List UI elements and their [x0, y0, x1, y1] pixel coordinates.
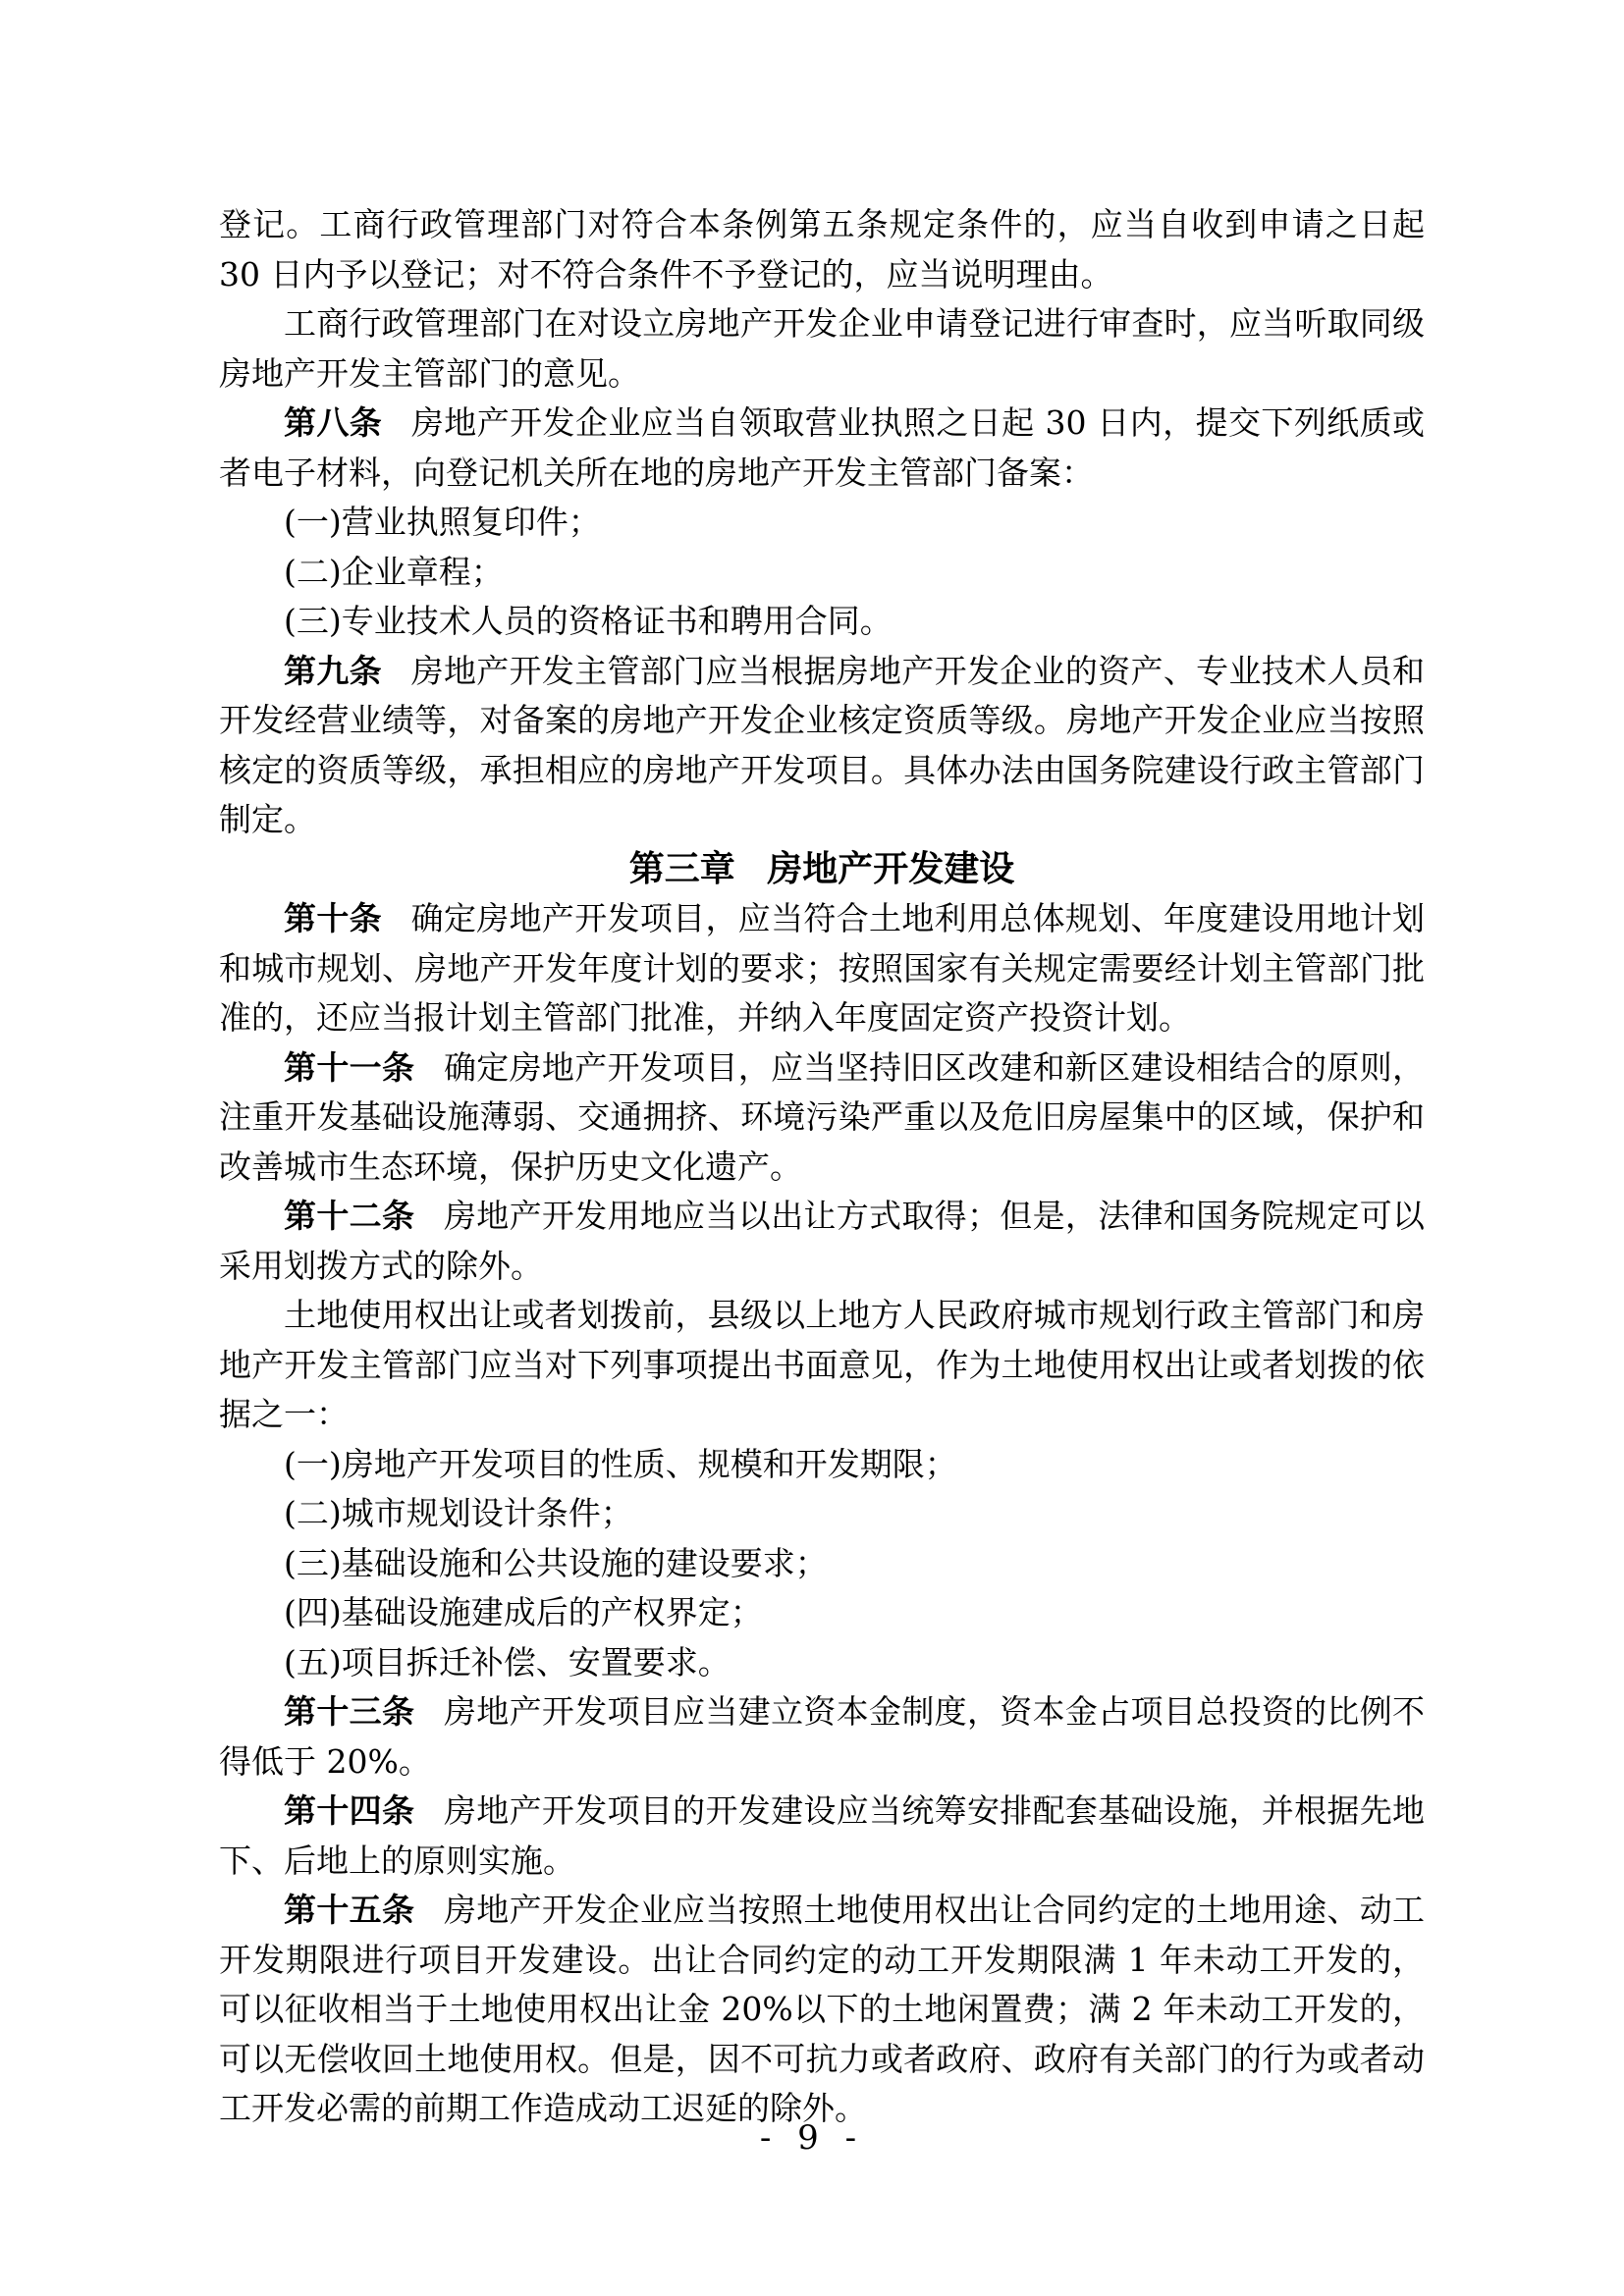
paragraph-article-12: 第十二条房地产开发用地应当以出让方式取得；但是，法律和国务院规定可以采用划拨方式…: [219, 1192, 1425, 1291]
paragraph: 工商行政管理部门在对设立房地产开发企业申请登记进行审查时，应当听取同级房地产开发…: [219, 299, 1425, 399]
paragraph: 土地使用权出让或者划拨前，县级以上地方人民政府城市规划行政主管部门和房地产开发主…: [219, 1291, 1425, 1440]
article-text: 房地产开发主管部门应当根据房地产开发企业的资产、专业技术人员和开发经营业绩等，对…: [219, 652, 1425, 839]
paragraph-article-14: 第十四条房地产开发项目的开发建设应当统筹安排配套基础设施，并根据先地下、后地上的…: [219, 1787, 1425, 1886]
article-number: 第十一条: [284, 1048, 414, 1087]
article-number: 第九条: [284, 652, 382, 690]
list-item: (二)城市规划设计条件；: [219, 1489, 1425, 1539]
list-item: (五)项目拆迁补偿、安置要求。: [219, 1638, 1425, 1688]
paragraph-article-8: 第八条房地产开发企业应当自领取营业执照之日起 30 日内，提交下列纸质或者电子材…: [219, 399, 1425, 498]
list-item: (一)营业执照复印件；: [219, 498, 1425, 548]
list-item: (三)专业技术人员的资格证书和聘用合同。: [219, 597, 1425, 647]
paragraph: 登记。工商行政管理部门对符合本条例第五条规定条件的，应当自收到申请之日起 30 …: [219, 200, 1425, 299]
chapter-number: 第三章: [629, 849, 735, 889]
chapter-title: 房地产开发建设: [767, 849, 1014, 889]
paragraph-article-15: 第十五条房地产开发企业应当按照土地使用权出让合同约定的土地用途、动工开发期限进行…: [219, 1886, 1425, 2134]
article-number: 第十四条: [284, 1791, 414, 1830]
paragraph-article-11: 第十一条确定房地产开发项目，应当坚持旧区改建和新区建设相结合的原则，注重开发基础…: [219, 1043, 1425, 1193]
paragraph-article-9: 第九条房地产开发主管部门应当根据房地产开发企业的资产、专业技术人员和开发经营业绩…: [219, 647, 1425, 845]
article-number: 第十三条: [284, 1692, 414, 1731]
page-number: - 9 -: [0, 2118, 1624, 2158]
paragraph-article-10: 第十条确定房地产开发项目，应当符合土地利用总体规划、年度建设用地计划和城市规划、…: [219, 894, 1425, 1043]
document-page: 登记。工商行政管理部门对符合本条例第五条规定条件的，应当自收到申请之日起 30 …: [0, 0, 1624, 2296]
article-text: 确定房地产开发项目，应当符合土地利用总体规划、年度建设用地计划和城市规划、房地产…: [219, 899, 1425, 1037]
paragraph-article-13: 第十三条房地产开发项目应当建立资本金制度，资本金占项目总投资的比例不得低于 20…: [219, 1687, 1425, 1787]
list-item: (三)基础设施和公共设施的建设要求；: [219, 1539, 1425, 1589]
article-text: 房地产开发企业应当自领取营业执照之日起 30 日内，提交下列纸质或者电子材料，向…: [219, 403, 1425, 492]
document-body: 登记。工商行政管理部门对符合本条例第五条规定条件的，应当自收到申请之日起 30 …: [219, 200, 1425, 2134]
article-number: 第十条: [284, 899, 382, 937]
article-number: 第十二条: [284, 1197, 414, 1235]
article-number: 第十五条: [284, 1891, 414, 1929]
chapter-heading: 第三章房地产开发建设: [219, 845, 1425, 895]
article-number: 第八条: [284, 403, 382, 442]
list-item: (一)房地产开发项目的性质、规模和开发期限；: [219, 1440, 1425, 1490]
list-item: (四)基础设施建成后的产权界定；: [219, 1588, 1425, 1638]
list-item: (二)企业章程；: [219, 548, 1425, 598]
